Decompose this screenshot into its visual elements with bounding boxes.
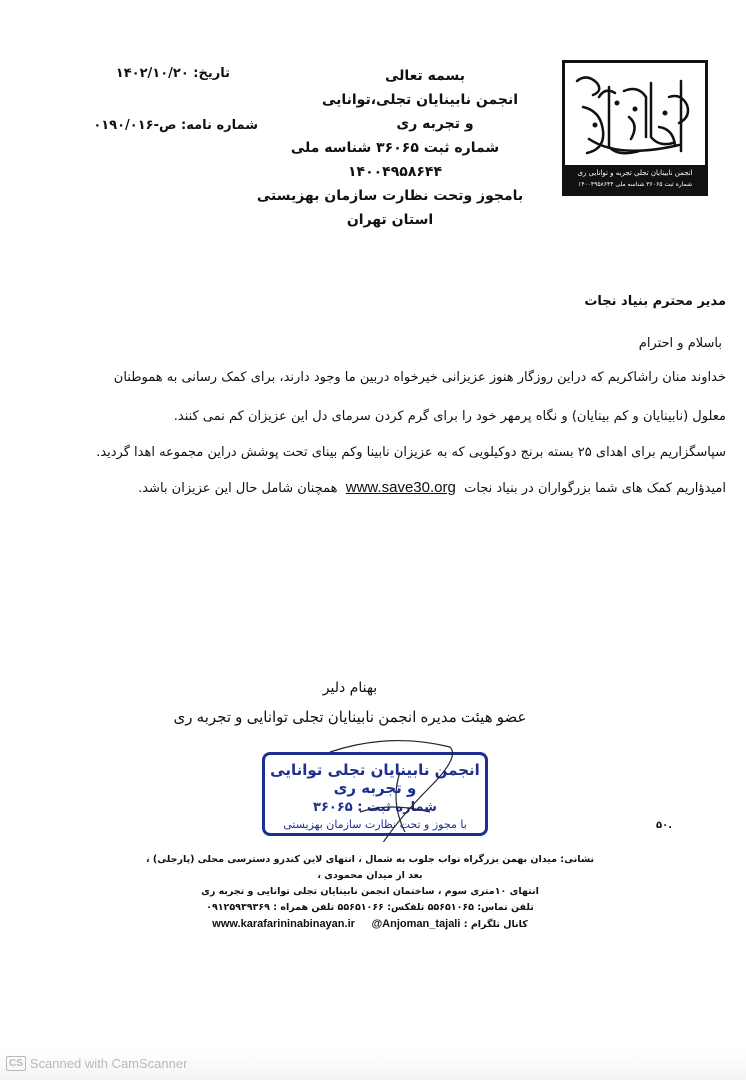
watermark-text: Scanned with CamScanner [30, 1056, 188, 1071]
telegram-label: کانال تلگرام : [464, 919, 528, 930]
logo-band-sub: شماره ثبت ۳۶۰۶۵ شناسه ملی ۱۴۰۰۴۹۵۸۶۴۴ [565, 179, 705, 190]
date-value: ۱۴۰۲/۱۰/۲۰ [116, 66, 189, 81]
org-name-line2: و تجربه ری [240, 112, 540, 136]
signatory-name: بهنام دلیر [270, 680, 430, 696]
body-line-3: سپاسگزاریم برای اهدای ۲۵ بسته برنج دوکیل… [96, 445, 726, 460]
letter-number: شماره نامه: ص-۰۱۹۰/۰۱۶ [93, 118, 258, 133]
letterhead: بسمه تعالی انجمن نابینایان تجلی،توانایی … [240, 64, 540, 232]
registration-info: شماره ثبت ۳۶۰۶۵ شناسه ملی ۱۴۰۰۴۹۵۸۶۴۴ [240, 136, 540, 184]
handwritten-signature-icon [300, 732, 500, 842]
body-line-4: امیدؤاریم کمک های شما بزرگواران در بنیاد… [138, 479, 726, 496]
address-line2: انتهای ۱۰متری سوم ، ساختمان انجمن نابینا… [140, 884, 600, 900]
logo-band: انجمن نابینایان تجلی تجربه و توانایی ری … [565, 165, 705, 193]
letter-number-label: شماره نامه: [181, 118, 258, 133]
body-line-2: معلول (نابینایان و کم بینایان) و نگاه پر… [174, 409, 726, 424]
address-line1: نشانی: میدان بهمن بزرگراه نواب جلوب به ش… [140, 852, 600, 884]
body-line-4-start: امیدؤاریم کمک های شما بزرگواران در بنیاد… [464, 481, 726, 496]
calligraphy-icon [569, 67, 701, 163]
recipient: مدیر محترم بنیاد نجات [584, 294, 726, 309]
body-line-1: خداوند منان راشاکریم که دراین روزگار هنو… [114, 370, 726, 385]
footer-contact: نشانی: میدان بهمن بزرگراه نواب جلوب به ش… [140, 852, 600, 933]
basmala: بسمه تعالی [240, 64, 540, 88]
calligraphy-emblem [569, 67, 701, 163]
signatory-title: عضو هیئت مدیره انجمن نابینایان تجلی توان… [140, 708, 560, 726]
organization-logo: انجمن نابینایان تجلی تجربه و توانایی ری … [562, 60, 708, 196]
letter-date: تاریخ: ۱۴۰۲/۱۰/۲۰ [116, 66, 230, 81]
telegram-handle[interactable]: @Anjoman_tajali [371, 918, 460, 930]
camscanner-logo-icon: CS [6, 1056, 26, 1071]
greeting: باسلام و احترام [639, 336, 722, 351]
body-line-4-end: همچنان شامل حال این عزیزان باشد. [138, 481, 337, 496]
license-info: بامجوز وتحت نظارت سازمان بهزیستی استان ت… [240, 184, 540, 232]
side-mark: ۵۰. [656, 820, 672, 831]
phone-line: تلفن تماس: ۵۵۶۵۱۰۶۵ تلفکس: ۵۵۶۵۱۰۶۶ تلفن… [140, 900, 600, 916]
online-contacts: کانال تلگرام : @Anjoman_tajali www.karaf… [140, 916, 600, 933]
website-link[interactable]: www.karafarininabinayan.ir [212, 918, 355, 930]
save30-link[interactable]: www.save30.org [346, 479, 456, 496]
camscanner-watermark: CS Scanned with CamScanner [6, 1056, 187, 1071]
letter-number-value: ص-۰۱۹۰/۰۱۶ [93, 118, 176, 133]
logo-band-text: انجمن نابینایان تجلی تجربه و توانایی ری [565, 168, 705, 179]
org-name-line1: انجمن نابینایان تجلی،توانایی [240, 88, 540, 112]
date-label: تاریخ: [193, 66, 230, 81]
